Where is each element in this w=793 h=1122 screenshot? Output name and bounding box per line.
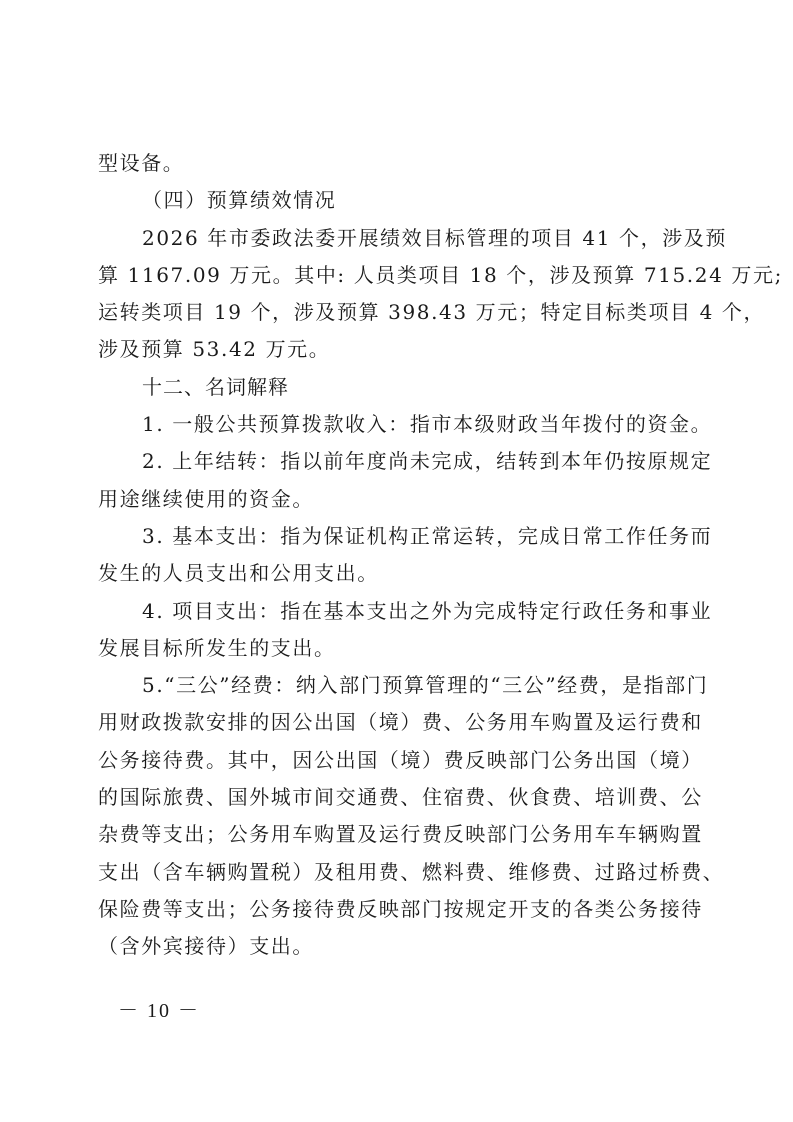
definition-item: 2. 上年结转：指以前年度尚未完成，结转到本年仍按原规定 <box>98 443 692 480</box>
section-subheading: （四）预算绩效情况 <box>98 182 692 219</box>
paragraph-line: （含外宾接待）支出。 <box>98 928 692 965</box>
paragraph-line: 算 1167.09 万元。其中: 人员类项目 18 个，涉及预算 715.24 … <box>98 257 692 294</box>
paragraph-line: 涉及预算 53.42 万元。 <box>98 331 692 368</box>
paragraph-line: 发展目标所发生的支出。 <box>98 630 692 667</box>
paragraph-line: 运转类项目 19 个，涉及预算 398.43 万元；特定目标类项目 4 个， <box>98 294 692 331</box>
definition-item: 5.“三公”经费：纳入部门预算管理的“三公”经费，是指部门 <box>98 667 692 704</box>
page-number: － 10 － <box>118 994 200 1023</box>
paragraph-line: 发生的人员支出和公用支出。 <box>98 555 692 592</box>
definition-item: 3. 基本支出：指为保证机构正常运转，完成日常工作任务而 <box>98 518 692 555</box>
document-body: 型设备。 （四）预算绩效情况 2026 年市委政法委开展绩效目标管理的项目 41… <box>98 145 692 966</box>
paragraph-line: 的国际旅费、国外城市间交通费、住宿费、伙食费、培训费、公 <box>98 779 692 816</box>
paragraph-line: 支出（含车辆购置税）及租用费、燃料费、维修费、过路过桥费、 <box>98 854 692 891</box>
paragraph-line: 2026 年市委政法委开展绩效目标管理的项目 41 个，涉及预 <box>98 220 692 257</box>
paragraph-line: 公务接待费。其中，因公出国（境）费反映部门公务出国（境） <box>98 742 692 779</box>
definition-item: 4. 项目支出：指在基本支出之外为完成特定行政任务和事业 <box>98 593 692 630</box>
paragraph-line: 用财政拨款安排的因公出国（境）费、公务用车购置及运行费和 <box>98 704 692 741</box>
paragraph-line: 保险费等支出；公务接待费反映部门按规定开支的各类公务接待 <box>98 891 692 928</box>
paragraph-line: 型设备。 <box>98 145 692 182</box>
section-heading: 十二、名词解释 <box>98 369 692 406</box>
paragraph-line: 杂费等支出；公务用车购置及运行费反映部门公务用车车辆购置 <box>98 816 692 853</box>
definition-item: 1. 一般公共预算拨款收入：指市本级财政当年拨付的资金。 <box>98 406 692 443</box>
paragraph-line: 用途继续使用的资金。 <box>98 481 692 518</box>
